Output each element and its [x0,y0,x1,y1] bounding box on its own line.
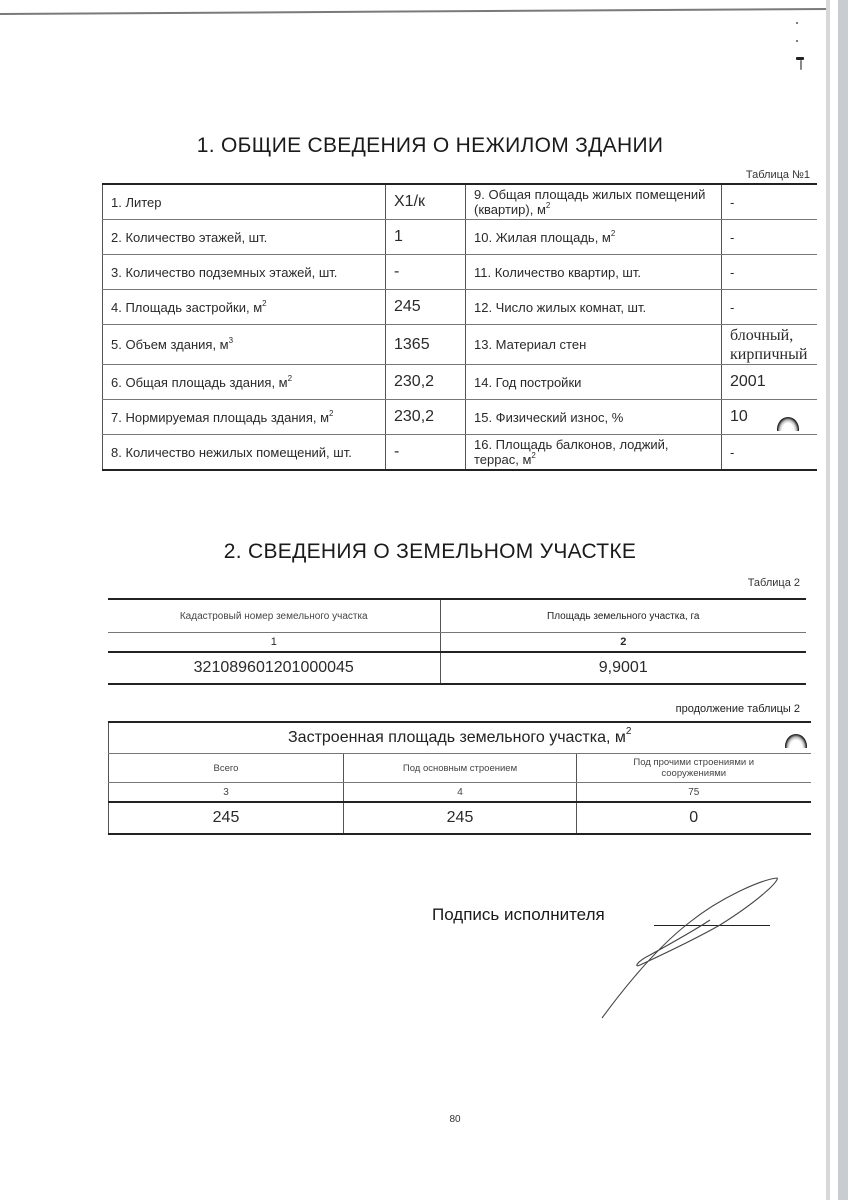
table-1-caption: Таблица №1 [700,169,810,181]
table-2-continuation-caption: продолжение таблицы 2 [640,703,800,715]
column-header: Площадь земельного участка, га [440,599,806,633]
built-area-main: 245 [344,802,577,834]
built-area-table: Застроенная площадь земельного участка, … [108,721,811,835]
land-plot-table: Кадастровый номер земельного участка Пло… [108,598,806,685]
scan-page-edge-right [826,0,830,1200]
cell-value: Х1/к [386,184,466,220]
table-row: 6. Общая площадь здания, м2 230,2 14. Го… [103,365,817,400]
cell-value: 1 [386,220,466,255]
scan-speck [796,22,798,24]
table-row: 2. Количество этажей, шт. 1 10. Жилая пл… [103,220,817,255]
cell-label: 13. Материал стен [466,325,722,365]
column-header: Кадастровый номер земельного участка [108,599,440,633]
cell-value: блочный,кирпичный [722,325,817,365]
column-number: 2 [440,633,806,653]
table-row: 4. Площадь застройки, м2 245 12. Число ж… [103,290,817,325]
cell-value: - [722,184,817,220]
page-number: 80 [440,1114,470,1125]
handwritten-signature [590,870,790,1030]
section-1-title: 1. ОБЩИЕ СВЕДЕНИЯ О НЕЖИЛОМ ЗДАНИИ [0,134,860,158]
cell-label: 5. Объем здания, м3 [103,325,386,365]
cell-label: 14. Год постройки [466,365,722,400]
column-number-row: 3 4 75 [109,783,811,803]
column-number: 4 [344,783,577,803]
cadastral-number: 321089601201000045 [108,652,440,684]
scan-speck [800,60,802,70]
cell-label: 6. Общая площадь здания, м2 [103,365,386,400]
table-header-row: Кадастровый номер земельного участка Пло… [108,599,806,633]
building-info-table: 1. Литер Х1/к 9. Общая площадь жилых пом… [102,183,817,471]
column-header: Под основным строением [344,754,577,783]
cell-label: 16. Площадь балконов, лоджий, террас, м2 [466,435,722,471]
table-title: Застроенная площадь земельного участка, … [109,722,811,754]
table-row: 3. Количество подземных этажей, шт. - 11… [103,255,817,290]
table-row: 321089601201000045 9,9001 [108,652,806,684]
column-number: 1 [108,633,440,653]
cell-value: - [722,435,817,471]
cell-label: 1. Литер [103,184,386,220]
signature-label: Подпись исполнителя [432,905,605,925]
cell-value: 230,2 [386,400,466,435]
cell-label: 2. Количество этажей, шт. [103,220,386,255]
cell-label: 4. Площадь застройки, м2 [103,290,386,325]
table-row: 7. Нормируемая площадь здания, м2 230,2 … [103,400,817,435]
cell-value: - [386,255,466,290]
cell-label: 9. Общая площадь жилых помещений (кварти… [466,184,722,220]
column-number-row: 1 2 [108,633,806,653]
cell-value: 230,2 [386,365,466,400]
table-header-row: Всего Под основным строением Под прочими… [109,754,811,783]
cell-value: 10 [722,400,817,435]
table-2-caption: Таблица 2 [700,577,800,589]
cell-label: 11. Количество квартир, шт. [466,255,722,290]
scan-margin-shadow [838,0,848,1200]
cell-value: 245 [386,290,466,325]
cell-value: - [386,435,466,471]
table-row: 8. Количество нежилых помещений, шт. - 1… [103,435,817,471]
cell-label: 8. Количество нежилых помещений, шт. [103,435,386,471]
table-row: 1. Литер Х1/к 9. Общая площадь жилых пом… [103,184,817,220]
cell-label: 12. Число жилых комнат, шт. [466,290,722,325]
built-area-total: 245 [109,802,344,834]
cell-label: 7. Нормируемая площадь здания, м2 [103,400,386,435]
table-title-row: Застроенная площадь земельного участка, … [109,722,811,754]
column-number: 75 [577,783,811,803]
cell-value: - [722,255,817,290]
built-area-other: 0 [577,802,811,834]
cell-value: 2001 [722,365,817,400]
cell-label: 15. Физический износ, % [466,400,722,435]
cell-label: 10. Жилая площадь, м2 [466,220,722,255]
scan-speck [796,40,798,42]
cell-value: - [722,220,817,255]
cell-value: - [722,290,817,325]
column-number: 3 [109,783,344,803]
column-header: Под прочими строениями и сооружениями [577,754,811,783]
cell-value: 1365 [386,325,466,365]
scan-page-edge-top [0,8,828,15]
cell-label: 3. Количество подземных этажей, шт. [103,255,386,290]
table-row: 5. Объем здания, м3 1365 13. Материал ст… [103,325,817,365]
plot-area: 9,9001 [440,652,806,684]
section-2-title: 2. СВЕДЕНИЯ О ЗЕМЕЛЬНОМ УЧАСТКЕ [0,540,860,564]
column-header: Всего [109,754,344,783]
table-row: 245 245 0 [109,802,811,834]
